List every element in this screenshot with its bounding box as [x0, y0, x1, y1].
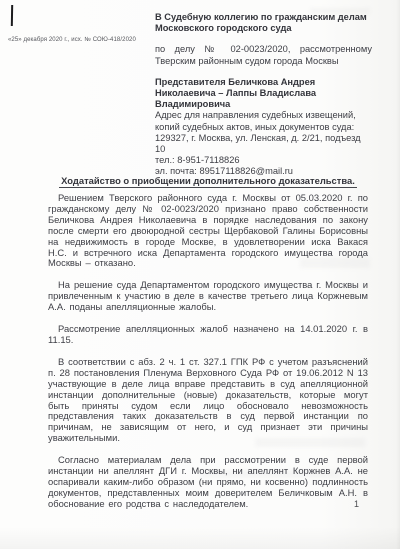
court-name: В Судебную коллегию по гражданским делам… — [155, 12, 372, 34]
paragraph-hearing-date: Рассмотрение апелляционных жалоб назначе… — [48, 324, 368, 346]
addressee-block: В Судебную коллегию по гражданским делам… — [155, 12, 372, 178]
document-title: Ходатайство о приобщении дополнительного… — [48, 175, 368, 188]
paragraph-legal-basis: В соответствии с абз. 2 ч. 1 ст. 327.1 Г… — [48, 357, 368, 444]
service-address: Адрес для направления судебных извещений… — [155, 110, 372, 155]
case-reference: по делу № 02-0023/2020, рассмотренному Т… — [155, 44, 372, 66]
document-page: «25» декабря 2020 г., исх. № СОЮ-418/202… — [0, 0, 400, 549]
paragraph-case-materials: Согласно материалам дела при рассмотрени… — [48, 455, 368, 510]
paragraph-decision: Решением Тверского районного суда г. Мос… — [48, 193, 368, 269]
scan-pen-mark — [11, 5, 13, 26]
outgoing-date-line: «25» декабря 2020 г., исх. № СОЮ-418/202… — [8, 37, 136, 43]
page-number: 1 — [354, 499, 359, 509]
paragraph-appeals-filed: На решение суда Департаментом городского… — [48, 280, 368, 313]
representative-name: Представителя Беличкова Андрея Николаеви… — [155, 77, 372, 111]
phone-line: тел.: 8-951-7118826 — [155, 155, 372, 166]
document-body: Решением Тверского районного суда г. Мос… — [48, 193, 368, 521]
